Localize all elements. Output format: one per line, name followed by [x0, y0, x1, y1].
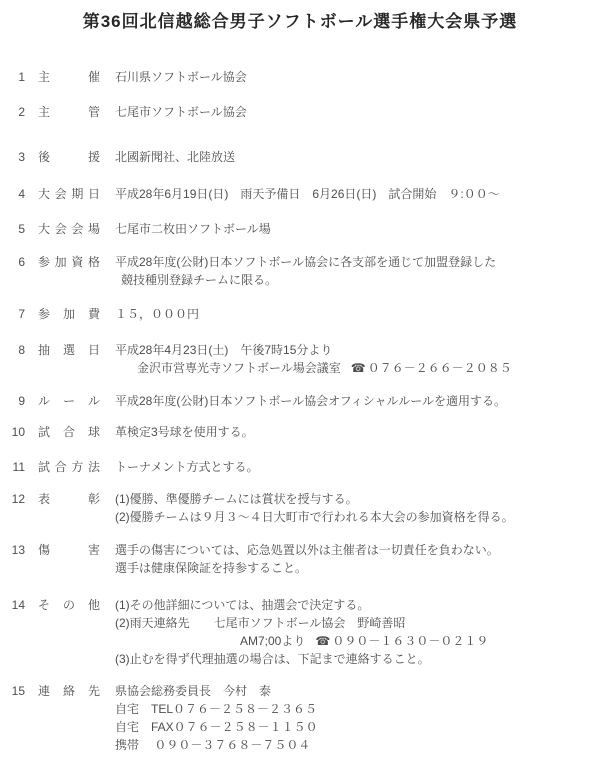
item-number: 3	[0, 148, 25, 166]
item-label: 試合方法	[38, 458, 100, 476]
item-number: 14	[0, 596, 25, 614]
content-line: 石川県ソフトボール協会	[115, 68, 247, 86]
content-line: 選手の傷害については、応急処置以外は主催者は一切責任を負わない。	[115, 541, 499, 559]
content-line: 自宅 TEL０７６－２５８－２３６５	[115, 700, 318, 718]
item-row-11: 11 試合方法 トーナメント方式とする。	[0, 458, 600, 476]
content-line: 平成28年6月19日(日) 雨天予備日 6月26日(日) 試合開始 ９:００～	[115, 185, 500, 203]
content-line: 北國新聞社、北陸放送	[115, 148, 235, 166]
item-number: 7	[0, 305, 25, 323]
content-line: トーナメント方式とする。	[115, 458, 259, 476]
item-label: 大会期日	[38, 185, 100, 203]
content-line: (1)優勝、準優勝チームには賞状を授与する。	[115, 490, 514, 508]
content-line: 県協会総務委員長 今村 泰	[115, 682, 318, 700]
content-line: AM7;00より☎０９０－１６３０－０２１９	[115, 632, 488, 650]
item-label: 後援	[38, 148, 100, 166]
item-label: 連絡先	[38, 682, 100, 700]
item-label: 大会会場	[38, 220, 100, 238]
item-number: 15	[0, 682, 25, 700]
item-label: 主催	[38, 68, 100, 86]
item-number: 4	[0, 185, 25, 203]
content-line: 七尾市二枚田ソフトボール場	[115, 220, 271, 238]
item-number: 12	[0, 490, 25, 508]
content-line: 平成28年度(公財)日本ソフトボール協会に各支部を通じて加盟登録した	[115, 253, 496, 271]
item-row-2: 2 主管 七尾市ソフトボール協会	[0, 103, 600, 121]
item-label: ルール	[38, 392, 100, 410]
content-line: (2)優勝チームは９月３～４日大町市で行われる本大会の参加資格を得る。	[115, 508, 514, 526]
item-label: 参加費	[38, 305, 100, 323]
content-line: 選手は健康保険証を持参すること。	[115, 559, 499, 577]
item-row-13: 13 傷害 選手の傷害については、応急処置以外は主催者は一切責任を負わない。 選…	[0, 541, 600, 577]
item-label: 主管	[38, 103, 100, 121]
item-number: 10	[0, 423, 25, 441]
content-line: 携帯 ０９０－３７６８－７５０４	[115, 736, 318, 754]
item-number: 1	[0, 68, 25, 86]
item-number: 11	[0, 458, 25, 476]
item-row-6: 6 参加資格 平成28年度(公財)日本ソフトボール協会に各支部を通じて加盟登録し…	[0, 253, 600, 289]
phone-icon: ☎	[351, 361, 366, 375]
venue-text: 金沢市営専光寺ソフトボール場会議室	[137, 361, 341, 375]
item-row-10: 10 試合球 革検定3号球を使用する。	[0, 423, 600, 441]
item-row-9: 9 ルール 平成28年度(公財)日本ソフトボール協会オフィシャルルールを適用する…	[0, 392, 600, 410]
content-line: １５，０００円	[115, 305, 199, 323]
item-row-4: 4 大会期日 平成28年6月19日(日) 雨天予備日 6月26日(日) 試合開始…	[0, 185, 600, 203]
item-row-5: 5 大会会場 七尾市二枚田ソフトボール場	[0, 220, 600, 238]
phone-number: ０７６－２６６－２０８５	[368, 361, 512, 375]
item-number: 8	[0, 341, 25, 359]
item-row-1: 1 主催 石川県ソフトボール協会	[0, 68, 600, 86]
item-label: 参加資格	[38, 253, 100, 271]
item-number: 13	[0, 541, 25, 559]
item-label: 試合球	[38, 423, 100, 441]
content-line: 平成28年度(公財)日本ソフトボール協会オフィシャルルールを適用する。	[115, 392, 506, 410]
item-label: その他	[38, 596, 100, 614]
content-line: (3)止むを得ず代理抽選の場合は、下記まで連絡すること。	[115, 650, 488, 668]
content-line: 革検定3号球を使用する。	[115, 423, 254, 441]
content-line: (1)その他詳細については、抽選会で決定する。	[115, 596, 488, 614]
item-row-7: 7 参加費 １５，０００円	[0, 305, 600, 323]
phone-icon: ☎	[315, 634, 330, 648]
phone-number: ０９０－１６３０－０２１９	[332, 634, 488, 648]
page-title: 第36回北信越総合男子ソフトボール選手権大会県予選	[0, 10, 600, 34]
item-row-15: 15 連絡先 県協会総務委員長 今村 泰 自宅 TEL０７６－２５８－２３６５ …	[0, 682, 600, 754]
content-line: 七尾市ソフトボール協会	[115, 103, 247, 121]
content-line: 自宅 FAX０７６－２５８－１１５０	[115, 718, 318, 736]
item-label: 表彰	[38, 490, 100, 508]
rain-contact-time: AM7;00より	[240, 634, 305, 648]
item-label: 傷害	[38, 541, 100, 559]
item-number: 9	[0, 392, 25, 410]
document-page: 第36回北信越総合男子ソフトボール選手権大会県予選 1 主催 石川県ソフトボール…	[0, 0, 600, 781]
item-row-8: 8 抽選日 平成28年4月23日(土) 午後7時15分より 金沢市営専光寺ソフト…	[0, 341, 600, 377]
item-number: 2	[0, 103, 25, 121]
item-row-14: 14 その他 (1)その他詳細については、抽選会で決定する。 (2)雨天連絡先 …	[0, 596, 600, 668]
content-line: 競技種別登録チームに限る。	[115, 271, 496, 289]
content-line: 金沢市営専光寺ソフトボール場会議室☎０７６－２６６－２０８５	[115, 359, 512, 377]
content-line: (2)雨天連絡先 七尾市ソフトボール協会 野崎善昭	[115, 614, 488, 632]
item-number: 5	[0, 220, 25, 238]
item-label: 抽選日	[38, 341, 100, 359]
content-line: 平成28年4月23日(土) 午後7時15分より	[115, 341, 512, 359]
item-row-12: 12 表彰 (1)優勝、準優勝チームには賞状を授与する。 (2)優勝チームは９月…	[0, 490, 600, 526]
item-number: 6	[0, 253, 25, 271]
item-row-3: 3 後援 北國新聞社、北陸放送	[0, 148, 600, 166]
